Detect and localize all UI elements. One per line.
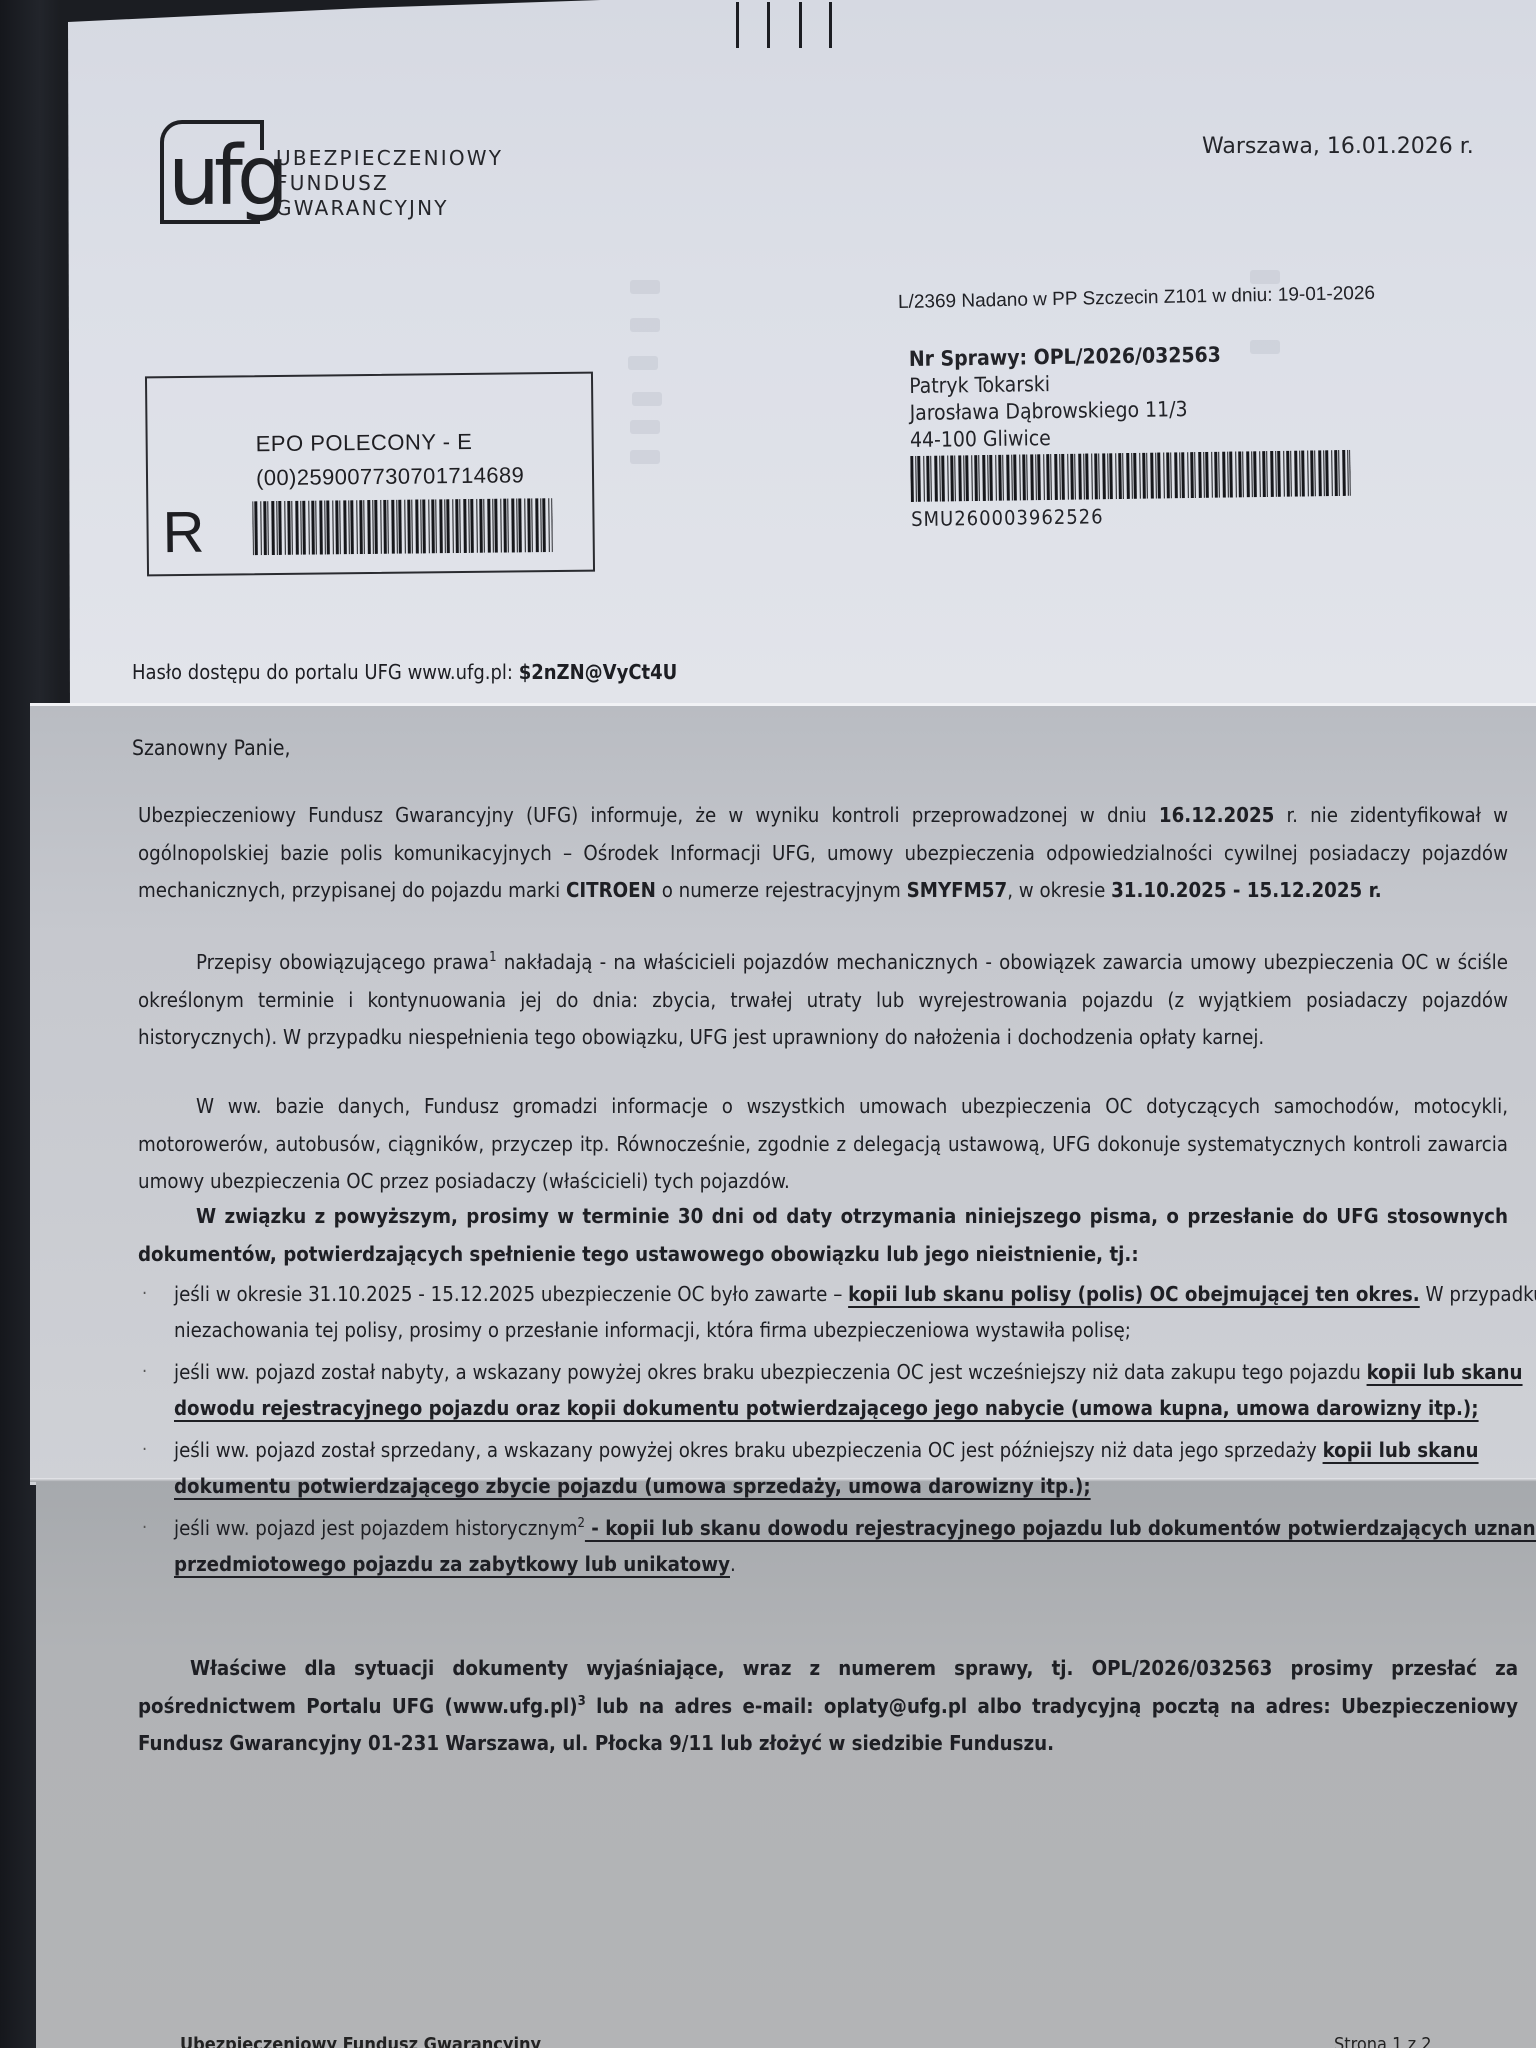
- body-paragraph-2: Przepisy obowiązującego prawa1 nakładają…: [138, 944, 1508, 1057]
- portal-password-line: Hasło dostępu do portalu UFG www.ufg.pl:…: [132, 660, 677, 684]
- page-number: Strona 1 z 2: [1334, 2034, 1432, 2048]
- bullet-icon: ·: [142, 1432, 147, 1468]
- perforation-mark: [799, 2, 802, 48]
- recipient-city: 44-100 Gliwice: [910, 421, 1350, 454]
- body-paragraph-3: W ww. bazie danych, Fundusz gromadzi inf…: [138, 1088, 1508, 1201]
- fold-line: [30, 703, 1536, 706]
- barcode-icon: [252, 498, 553, 555]
- perforation-mark: [736, 2, 739, 48]
- bullet-icon: ·: [142, 1510, 147, 1546]
- registered-letter-mark: R: [162, 504, 204, 562]
- greeting: Szanowny Panie,: [132, 736, 291, 760]
- list-item: · jeśli w okresie 31.10.2025 - 15.12.202…: [138, 1276, 1536, 1348]
- portal-password-value: $2nZN@VyCt4U: [519, 660, 678, 684]
- place-date: Warszawa, 16.01.2026 r.: [1202, 134, 1474, 159]
- list-item: · jeśli ww. pojazd został nabyty, a wska…: [138, 1354, 1536, 1426]
- portal-password-label: Hasło dostępu do portalu UFG www.ufg.pl:: [132, 660, 519, 684]
- body-paragraph-4: W związku z powyższym, prosimy w termini…: [138, 1198, 1508, 1273]
- logo-wordmark: UBEZPIECZENIOWY FUNDUSZ GWARANCYJNY: [276, 146, 503, 221]
- logo-mark: ufg: [168, 142, 283, 212]
- registered-mail-number: (00)259007730701714689: [256, 462, 524, 491]
- footer-sender: Ubezpieczeniowy Fundusz Gwarancyjny: [180, 2034, 541, 2048]
- list-item: · jeśli ww. pojazd jest pojazdem history…: [138, 1510, 1536, 1582]
- body-paragraph-1: Ubezpieczeniowy Fundusz Gwarancyjny (UFG…: [138, 797, 1508, 910]
- perforation-mark: [829, 2, 832, 48]
- registered-mail-label: EPO POLECONY - E (00)259007730701714689 …: [145, 372, 595, 577]
- recipient-address-block: Nr Sprawy: OPL/2026/032563 Patryk Tokars…: [909, 340, 1352, 533]
- list-item: · jeśli ww. pojazd został sprzedany, a w…: [138, 1432, 1536, 1504]
- closing-paragraph: Właściwe dla sytuacji dokumenty wyjaśnia…: [138, 1650, 1518, 1763]
- registered-mail-title: EPO POLECONY - E: [256, 429, 473, 457]
- bullet-icon: ·: [142, 1354, 147, 1390]
- barcode-icon: [910, 450, 1351, 502]
- bullet-icon: ·: [142, 1276, 147, 1312]
- requirements-list: · jeśli w okresie 31.10.2025 - 15.12.202…: [138, 1276, 1536, 1586]
- perforation-mark: [767, 2, 770, 48]
